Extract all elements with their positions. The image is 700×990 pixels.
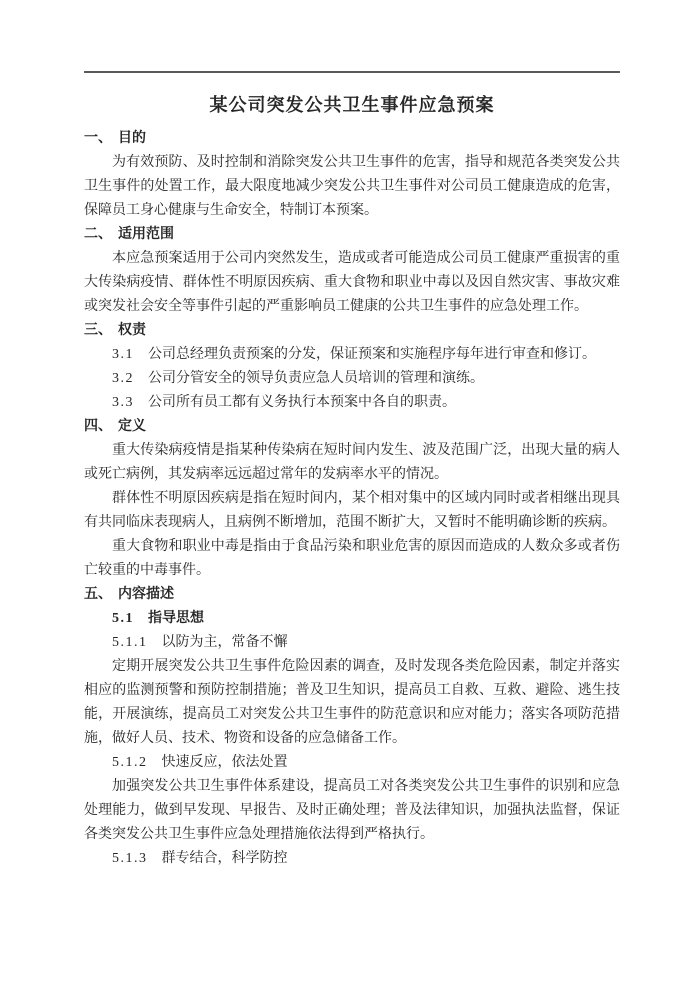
item-number: 3.3	[112, 395, 134, 410]
section-label: 权责	[118, 323, 146, 338]
section-heading-scope: 二、适用范围	[84, 223, 620, 247]
numbered-item: 3.2公司分管安全的领导负责应急人员培训的管理和演练。	[84, 367, 620, 391]
item-text: 公司所有员工都有义务执行本预案中各自的职责。	[148, 395, 456, 410]
clause-heading: 5.1.2快速反应，依法处置	[84, 751, 620, 775]
subsection-number: 5.1	[112, 611, 134, 626]
section-heading-content: 五、内容描述	[84, 583, 620, 607]
paragraph: 加强突发公共卫生事件体系建设，提高员工对各类突发公共卫生事件的识别和应急处理能力…	[84, 775, 620, 847]
item-number: 3.1	[112, 347, 134, 362]
document-page: 某公司突发公共卫生事件应急预案 一、目的 为有效预防、及时控制和消除突发公共卫生…	[0, 0, 700, 990]
clause-number: 5.1.3	[112, 851, 148, 866]
section-number: 一、	[84, 131, 112, 146]
paragraph: 本应急预案适用于公司内突然发生，造成或者可能造成公司员工健康严重损害的重大传染病…	[84, 247, 620, 319]
numbered-item: 3.1公司总经理负责预案的分发，保证预案和实施程序每年进行审查和修订。	[84, 343, 620, 367]
clause-heading: 5.1.1以防为主，常备不懈	[84, 631, 620, 655]
clause-number: 5.1.1	[112, 635, 148, 650]
item-number: 3.2	[112, 371, 134, 386]
clause-number: 5.1.2	[112, 755, 148, 770]
item-text: 公司总经理负责预案的分发，保证预案和实施程序每年进行审查和修订。	[148, 347, 596, 362]
clause-heading: 5.1.3群专结合，科学防控	[84, 847, 620, 871]
numbered-item: 3.3公司所有员工都有义务执行本预案中各自的职责。	[84, 391, 620, 415]
paragraph: 重大食物和职业中毒是指由于食品污染和职业危害的原因而造成的人数众多或者伤亡较重的…	[84, 535, 620, 583]
subsection-heading: 5.1指导思想	[84, 607, 620, 631]
section-number: 四、	[84, 419, 112, 434]
section-number: 五、	[84, 587, 112, 602]
clause-title: 以防为主，常备不懈	[162, 635, 288, 650]
header-rule	[84, 71, 620, 73]
subsection-label: 指导思想	[148, 611, 204, 626]
section-number: 三、	[84, 323, 112, 338]
clause-title: 群专结合，科学防控	[162, 851, 288, 866]
paragraph: 群体性不明原因疾病是指在短时间内，某个相对集中的区域内同时或者相继出现具有共同临…	[84, 487, 620, 535]
section-number: 二、	[84, 227, 112, 242]
section-label: 目的	[118, 131, 146, 146]
section-label: 定义	[118, 419, 146, 434]
document-body: 某公司突发公共卫生事件应急预案 一、目的 为有效预防、及时控制和消除突发公共卫生…	[84, 0, 620, 871]
section-heading-definitions: 四、定义	[84, 415, 620, 439]
item-text: 公司分管安全的领导负责应急人员培训的管理和演练。	[148, 371, 484, 386]
section-label: 内容描述	[118, 587, 174, 602]
document-title: 某公司突发公共卫生事件应急预案	[84, 89, 620, 121]
clause-title: 快速反应，依法处置	[162, 755, 288, 770]
paragraph: 为有效预防、及时控制和消除突发公共卫生事件的危害，指导和规范各类突发公共卫生事件…	[84, 151, 620, 223]
paragraph: 重大传染病疫情是指某种传染病在短时间内发生、波及范围广泛，出现大量的病人或死亡病…	[84, 439, 620, 487]
section-label: 适用范围	[118, 227, 174, 242]
section-heading-responsibility: 三、权责	[84, 319, 620, 343]
section-heading-purpose: 一、目的	[84, 127, 620, 151]
paragraph: 定期开展突发公共卫生事件危险因素的调查，及时发现各类危险因素，制定并落实相应的监…	[84, 655, 620, 751]
